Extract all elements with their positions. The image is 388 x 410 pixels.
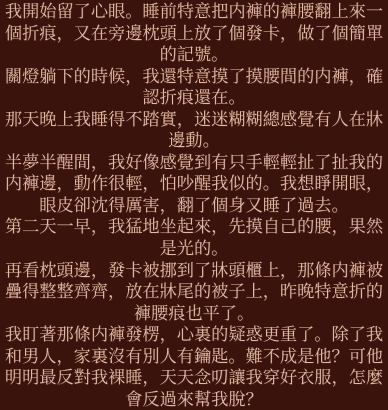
text-line: 内褲邊，動作很輕，怕吵醒我似的。我想睜開眼， xyxy=(4,173,384,195)
text-line: 的記號。 xyxy=(4,44,384,66)
text-line: 明明最反對我裸睡，天天念叨讓我穿好衣服，怎麼 xyxy=(4,367,384,389)
paragraph: 第二天一早，我猛地坐起來，先摸自己的腰，果然是光的。 xyxy=(4,216,384,259)
novel-reader-page: 我開始留了心眼。睡前特意把内褲的褲腰翻上來一個折痕，又在旁邊枕頭上放了個發卡，做… xyxy=(0,0,388,410)
text-line: 和男人，家裏沒有別人有鑰匙。難不成是他？可他 xyxy=(4,346,384,368)
paragraph: 再看枕頭邊，發卡被挪到了牀頭櫃上，那條内褲被疊得整整齊齊，放在牀尾的被子上，昨晚… xyxy=(4,260,384,325)
text-line: 疊得整整齊齊，放在牀尾的被子上，昨晚特意折的 xyxy=(4,281,384,303)
text-line: 眼皮卻沈得厲害，翻了個身又睡了過去。 xyxy=(4,195,384,217)
paragraph: 半夢半醒間，我好像感覺到有只手輕輕扯了扯我的内褲邊，動作很輕，怕吵醒我似的。我想… xyxy=(4,152,384,217)
paragraph: 我開始留了心眼。睡前特意把内褲的褲腰翻上來一個折痕，又在旁邊枕頭上放了個發卡，做… xyxy=(4,1,384,66)
text-line: 那天晚上我睡得不踏實，迷迷糊糊總感覺有人在牀 xyxy=(4,109,384,131)
paragraph: 關燈躺下的時候，我還特意摸了摸腰間的内褲，確認折痕還在。 xyxy=(4,66,384,109)
text-line: 是光的。 xyxy=(4,238,384,260)
text-line: 再看枕頭邊，發卡被挪到了牀頭櫃上，那條内褲被 xyxy=(4,260,384,282)
text-line: 半夢半醒間，我好像感覺到有只手輕輕扯了扯我的 xyxy=(4,152,384,174)
text-line: 我盯著那條内褲發楞，心裏的疑惑更重了。除了我 xyxy=(4,324,384,346)
text-line: 邊動。 xyxy=(4,130,384,152)
text-line: 個折痕，又在旁邊枕頭上放了個發卡，做了個簡單 xyxy=(4,23,384,45)
paragraph: 那天晚上我睡得不踏實，迷迷糊糊總感覺有人在牀邊動。 xyxy=(4,109,384,152)
paragraph: 我盯著那條内褲發楞，心裏的疑惑更重了。除了我和男人，家裏沒有別人有鑰匙。難不成是… xyxy=(4,324,384,410)
text-line: 第二天一早，我猛地坐起來，先摸自己的腰，果然 xyxy=(4,216,384,238)
text-line: 會反過來幫我脫？ xyxy=(4,389,384,410)
text-line: 我開始留了心眼。睡前特意把内褲的褲腰翻上來一 xyxy=(4,1,384,23)
text-line: 褲腰痕也平了。 xyxy=(4,303,384,325)
text-line: 關燈躺下的時候，我還特意摸了摸腰間的内褲，確 xyxy=(4,66,384,88)
text-line: 認折痕還在。 xyxy=(4,87,384,109)
